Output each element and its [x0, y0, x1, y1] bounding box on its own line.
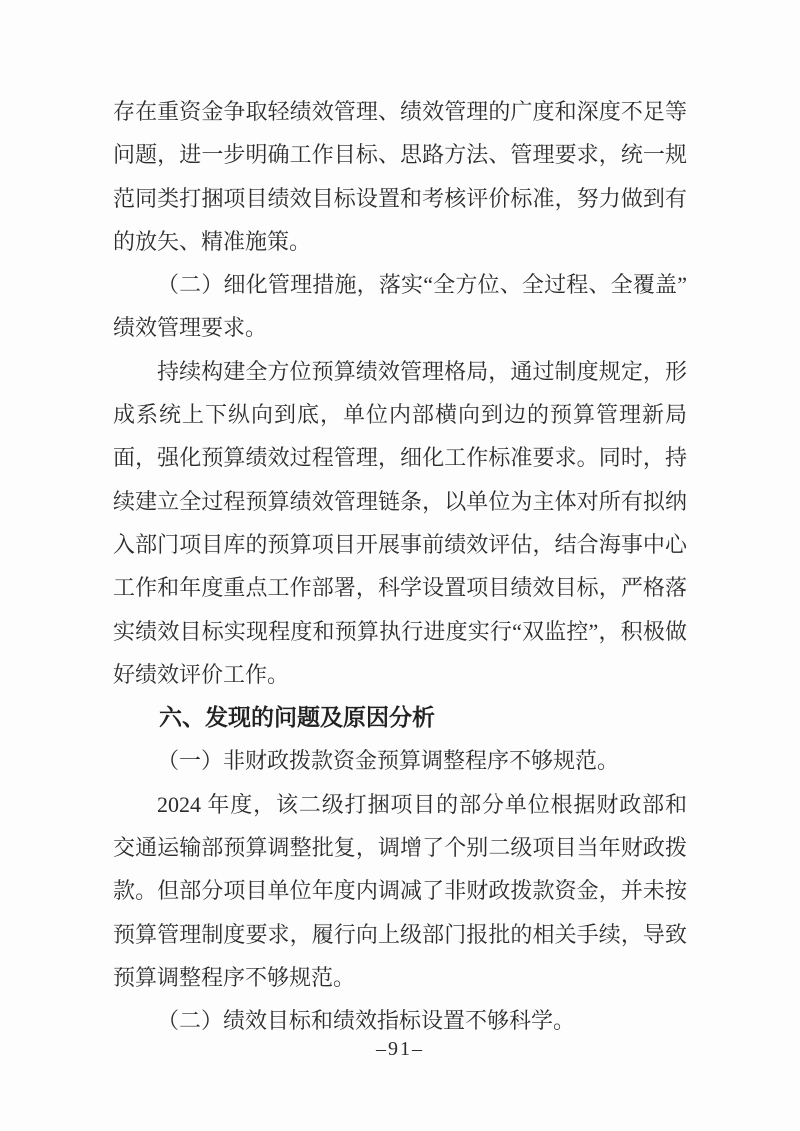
page-content: 存在重资金争取轻绩效管理、绩效管理的广度和深度不足等问题，进一步明确工作目标、思…	[113, 90, 687, 1043]
subheading-problem-2: （二）绩效目标和绩效指标设置不够科学。	[113, 999, 687, 1042]
section-heading-problems-analysis: 六、发现的问题及原因分析	[113, 696, 687, 739]
document-page: 存在重资金争取轻绩效管理、绩效管理的广度和深度不足等问题，进一步明确工作目标、思…	[0, 0, 800, 1131]
page-number: –91–	[0, 1038, 800, 1061]
paragraph-budget-adjustment: 2024 年度，该二级打捆项目的部分单位根据财政部和交通运输部预算调整批复，调增…	[113, 783, 687, 999]
subheading-measure-2: （二）细化管理措施，落实“全方位、全过程、全覆盖”绩效管理要求。	[113, 263, 687, 350]
subheading-problem-1: （一）非财政拨款资金预算调整程序不够规范。	[113, 739, 687, 782]
paragraph-continuation: 存在重资金争取轻绩效管理、绩效管理的广度和深度不足等问题，进一步明确工作目标、思…	[113, 90, 687, 263]
paragraph-performance-management: 持续构建全方位预算绩效管理格局，通过制度规定，形成系统上下纵向到底，单位内部横向…	[113, 350, 687, 696]
